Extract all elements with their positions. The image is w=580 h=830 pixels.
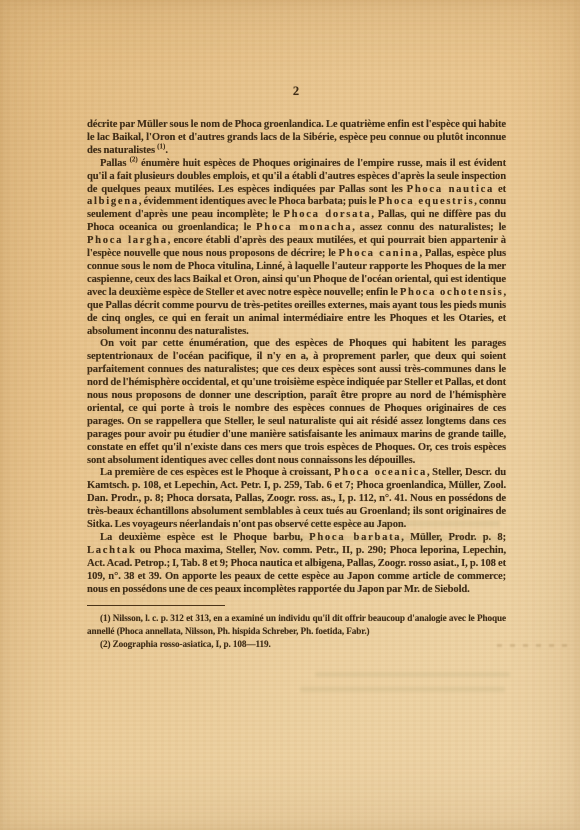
footnote-reference: (2) (130, 155, 138, 163)
text-run: ou Phoca maxima, Steller, Nov. comm. Pet… (87, 545, 506, 595)
paragraph: La première de ces espèces est le Phoque… (87, 467, 506, 532)
page-content: 2 décrite par Müller sous le nom de Phoc… (87, 84, 506, 651)
body-paragraphs: décrite par Müller sous le nom de Phoca … (87, 119, 506, 597)
footnote: (2) Zoographia rosso-asiatica, I, p. 108… (87, 638, 506, 651)
text-run: Pallas (100, 158, 130, 169)
paragraph: décrite par Müller sous le nom de Phoca … (87, 119, 506, 158)
text-run: La première de ces espèces est le Phoque… (100, 467, 334, 478)
footnote: (1) Nilsson, l. c. p. 312 et 313, en a e… (87, 612, 506, 638)
text-run: , assez connu des naturalistes; le (352, 222, 506, 233)
text-run: On voit par cette énumération, que des e… (87, 338, 506, 465)
showthrough-marks (497, 644, 575, 647)
text-run: et (494, 184, 506, 195)
species-name: Phoca nautica (407, 184, 494, 195)
paragraph: On voit par cette énumération, que des e… (87, 338, 506, 467)
text-run: décrite par Müller sous le nom de Phoca … (87, 119, 506, 156)
species-name: Phoca monacha (256, 222, 352, 233)
species-name: Phoca canina (338, 248, 419, 259)
footnotes: (1) Nilsson, l. c. p. 312 et 313, en a e… (87, 612, 506, 652)
species-name: Phoca equestris (378, 196, 474, 207)
showthrough-smudge (300, 687, 505, 692)
species-name: Phoca dorsata (283, 209, 371, 220)
text-run: . (165, 145, 168, 156)
species-name: albigena (87, 196, 139, 207)
species-name: Lachtak (87, 545, 137, 556)
text-run: La deuxième espèce est le Phoque barbu, (100, 532, 309, 543)
species-name: Phoca barbata (309, 532, 401, 543)
page-number: 2 (87, 84, 506, 99)
scanned-book-page: { "page": { "number": "2", "colors": { "… (0, 0, 580, 830)
paragraph: Pallas (2) énumère huit espèces de Phoqu… (87, 158, 506, 339)
paragraph: La deuxième espèce est le Phoque barbu, … (87, 532, 506, 597)
text-run: , évidemment identiques avec le Phoca ba… (139, 196, 378, 207)
species-name: Phoca ochotensis (400, 287, 504, 298)
showthrough-smudge (315, 672, 510, 677)
species-name: Phoca oceanica (334, 467, 427, 478)
footnote-separator (87, 605, 225, 606)
species-name: Phoca largha (87, 235, 168, 246)
text-run: , Müller, Prodr. p. 8; (401, 532, 506, 543)
